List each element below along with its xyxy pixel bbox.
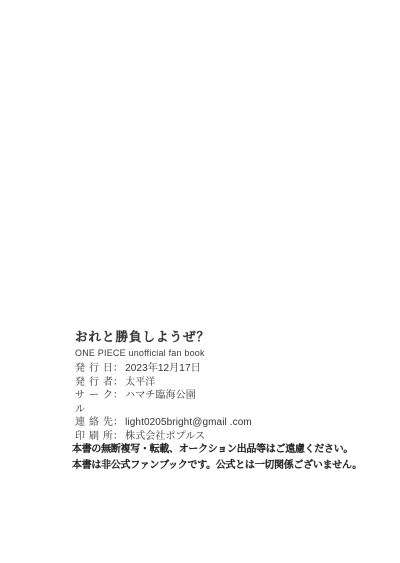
colophon-row-publish-date: 発行日 ： 2023年12月17日 xyxy=(75,362,355,376)
book-title: おれと勝負しようぜ？ xyxy=(75,329,355,346)
row-label: 発行日 xyxy=(75,362,113,376)
row-separator: ： xyxy=(113,376,123,390)
row-value: 株式会社ポプルス xyxy=(125,430,205,444)
row-separator: ： xyxy=(113,430,123,444)
row-separator: ： xyxy=(113,416,123,430)
row-value: 2023年12月17日 xyxy=(125,362,201,376)
row-label: サークル xyxy=(75,389,113,416)
row-value: 太平洋 xyxy=(125,376,155,390)
colophon-info-list: 発行日 ： 2023年12月17日 発行者 ： 太平洋 サークル ： ハマチ臨海… xyxy=(75,362,355,443)
row-value: ハマチ臨海公園 xyxy=(125,389,196,403)
colophon-row-circle: サークル ： ハマチ臨海公園 xyxy=(75,389,355,416)
row-label: 印刷所 xyxy=(75,430,113,444)
notice-unofficial-disclaimer: 本書は非公式ファンブックです。公式とは一切関係ございません。 xyxy=(72,458,372,474)
row-separator: ： xyxy=(113,362,123,376)
legal-notice-block: 本書の無断複写・転載、オークション出品等はご遠慮ください。 本書は非公式ファンブ… xyxy=(72,442,372,473)
book-subtitle: ONE PIECE unofficial fan book xyxy=(75,347,355,359)
colophon-row-contact: 連絡先 ： light0205bright@gmail .com xyxy=(75,416,355,430)
contact-email: light0205bright@gmail .com xyxy=(125,416,252,430)
row-label: 連絡先 xyxy=(75,416,113,430)
colophon-row-publisher: 発行者 ： 太平洋 xyxy=(75,376,355,390)
row-label: 発行者 xyxy=(75,376,113,390)
notice-no-reproduction: 本書の無断複写・転載、オークション出品等はご遠慮ください。 xyxy=(72,442,372,458)
colophon-block: おれと勝負しようぜ？ ONE PIECE unofficial fan book… xyxy=(75,329,355,443)
colophon-row-printer: 印刷所 ： 株式会社ポプルス xyxy=(75,430,355,444)
scanned-colophon-page: おれと勝負しようぜ？ ONE PIECE unofficial fan book… xyxy=(0,0,400,563)
row-separator: ： xyxy=(113,389,123,403)
